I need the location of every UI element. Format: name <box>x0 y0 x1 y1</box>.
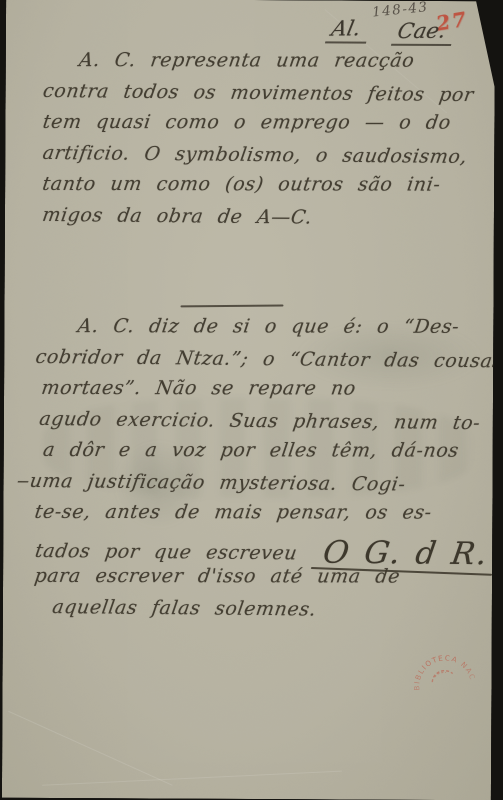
handwritten-line: mortaes”. Não se repare no <box>40 377 358 400</box>
scanned-manuscript-page: { "meta": { "archive_number_pencil": "14… <box>0 0 503 800</box>
stamp-inner-mark <box>434 671 446 677</box>
archive-number-pencil: 148-43 <box>371 0 429 21</box>
handwritten-line: tanto um como (os) outros são ini- <box>41 173 442 196</box>
section-divider-line <box>180 304 283 307</box>
handwritten-line: cobridor da Ntza.”; o “Cantor das cousas… <box>34 346 503 373</box>
handwritten-line: para escrever d'isso até uma de <box>33 565 402 588</box>
handwritten-line: tem quasi como o emprego — o do <box>41 111 452 134</box>
handwritten-line-text: tados por que escreveu <box>34 540 299 564</box>
title-abbreviation-2: Cae. <box>395 19 448 44</box>
stamp-text: BIBLIOTECA NACIONAL <box>401 636 478 700</box>
manuscript-paper-sheet: 148-43 27 Al. Cae. A. C. representa uma … <box>2 0 495 800</box>
handwritten-line: A. C. representa uma reacção <box>78 49 416 72</box>
handwritten-line: agudo exercicio. Suas phrases, num to- <box>38 408 482 434</box>
paper-crease <box>8 711 172 786</box>
handwritten-line: artificio. O symbolismo, o saudosismo, <box>41 142 469 168</box>
title-abbreviation-1: Al. <box>329 16 362 40</box>
stamp-artwork: BIBLIOTECA NACIONAL <box>401 636 478 700</box>
paper-crease <box>42 771 342 786</box>
handwritten-line: aquellas falas solemnes. <box>51 596 318 621</box>
handwritten-line: ‒uma justificação mysteriosa. Cogi- <box>16 470 408 496</box>
handwritten-line: A. C. diz de si o que é: o “Des- <box>76 315 461 338</box>
handwritten-line: a dôr e a voz por elles têm, dá-nos <box>42 439 461 462</box>
handwritten-line: te-se, antes de mais pensar, os es- <box>33 501 433 524</box>
stamp-inner-arc <box>430 668 453 682</box>
handwritten-line: tados por que escreveuO G. d R. <box>33 529 492 569</box>
handwritten-line: contra todos os movimentos feitos por <box>42 80 476 106</box>
handwritten-line: migos da obra de A—C. <box>41 204 314 229</box>
library-stamp: BIBLIOTECA NACIONAL <box>401 636 482 713</box>
